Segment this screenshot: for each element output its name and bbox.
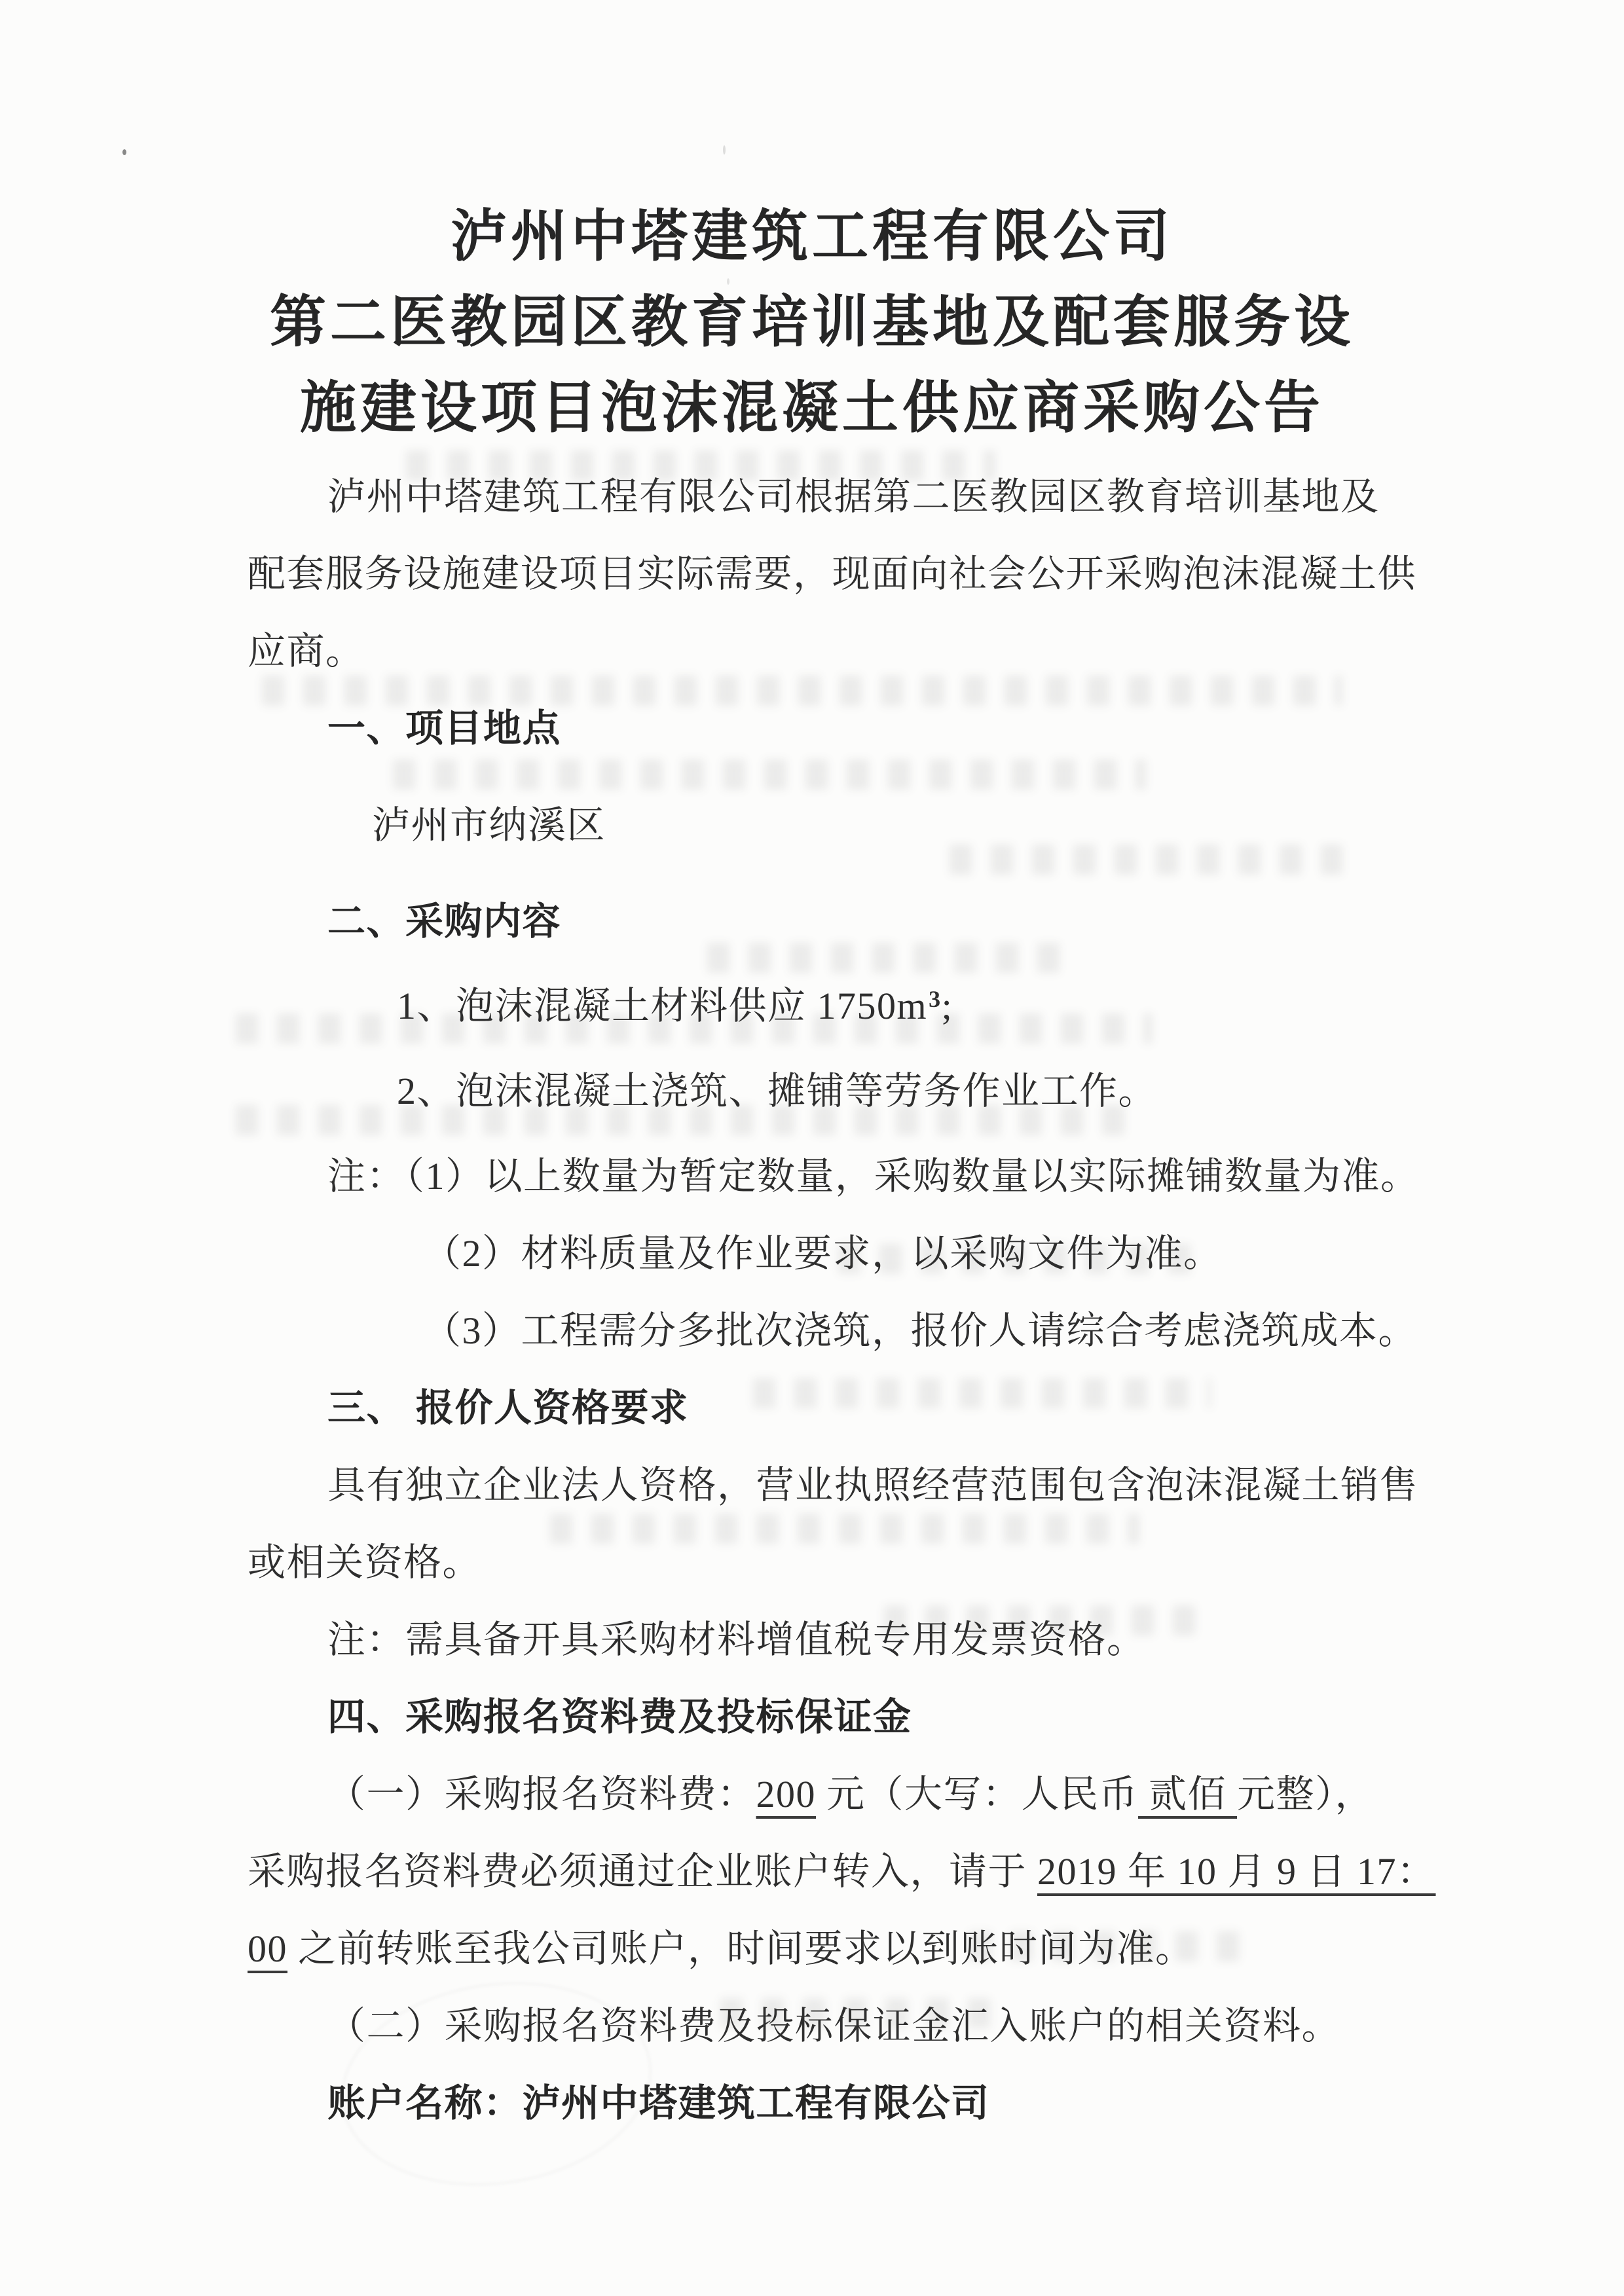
intro-line-2: 配套服务设施建设项目实际需要，现面向社会公开采购泡沫混凝土供 [248, 536, 1428, 613]
section4-sub2: （二）采购报名资料费及投标保证金汇入账户的相关资料。 [327, 1988, 1428, 2065]
procurement-item-1: 1、泡沫混凝土材料供应 1750m3; [397, 960, 1428, 1045]
fee-amount-underlined: 200 [756, 1773, 817, 1815]
section2-note-1: 注：（1）以上数量为暂定数量，采购数量以实际摊铺数量为准。 [327, 1138, 1428, 1215]
title-line-1: 泸州中塔建筑工程有限公司 [0, 194, 1624, 280]
section3-note: 注：需具备开具采购材料增值税专用发票资格。 [327, 1601, 1428, 1679]
deadline-minutes-underlined: 00 [248, 1927, 287, 1970]
scan-speck [723, 145, 726, 155]
intro-line-3: 应商。 [248, 613, 1428, 690]
deadline-line: 00 之前转账至我公司账户，时间要求以到账时间为准。 [248, 1910, 1428, 1988]
section2-note-3: （3）工程需分多批次浇筑，报价人请综合考虑浇筑成本。 [423, 1292, 1428, 1370]
section3-heading: 三、 报价人资格要求 [327, 1370, 1428, 1447]
fee-text-1: （一）采购报名资料费： [327, 1773, 756, 1815]
item1-superscript: 3 [929, 986, 941, 1012]
project-location: 泸州市纳溪区 [372, 787, 1428, 864]
account-name: 账户名称：泸州中塔建筑工程有限公司 [327, 2065, 1428, 2142]
deadline-text: 之前转账至我公司账户，时间要求以到账时间为准。 [287, 1927, 1194, 1970]
scan-speck [122, 149, 126, 155]
item1-text: 1、泡沫混凝土材料供应 1750m [397, 985, 927, 1027]
section2-heading: 二、采购内容 [327, 883, 1428, 960]
title-line-2: 第二医教园区教育培训基地及配套服务设 [0, 280, 1624, 365]
deadline-date-underlined: 2019 年 10 月 9 日 17： [1037, 1850, 1436, 1893]
intro-line-1: 泸州中塔建筑工程有限公司根据第二医教园区教育培训基地及 [327, 458, 1428, 536]
transfer-text: 采购报名资料费必须通过企业账户转入，请于 [248, 1850, 1037, 1893]
fee-text-2: 元（大写：人民币 [816, 1773, 1138, 1815]
fee-text-3: 元整）， [1237, 1773, 1374, 1815]
qualification-line-2: 或相关资格。 [248, 1524, 1428, 1601]
title-line-3: 施建设项目泡沫混凝土供应商采购公告 [0, 365, 1624, 451]
fee-amount-words-underlined: 贰佰 [1138, 1773, 1237, 1815]
document-title: 泸州中塔建筑工程有限公司 第二医教园区教育培训基地及配套服务设 施建设项目泡沫混… [0, 194, 1624, 451]
transfer-line: 采购报名资料费必须通过企业账户转入，请于 2019 年 10 月 9 日 17： [248, 1833, 1428, 1910]
qualification-line-1: 具有独立企业法人资格，营业执照经营范围包含泡沫混凝土销售 [327, 1447, 1428, 1524]
procurement-item-2: 2、泡沫混凝土浇筑、摊铺等劳务作业工作。 [397, 1053, 1428, 1130]
section1-heading: 一、项目地点 [327, 690, 1428, 767]
section4-heading: 四、采购报名资料费及投标保证金 [327, 1679, 1428, 1756]
scanned-document-page: 泸州中塔建筑工程有限公司 第二医教园区教育培训基地及配套服务设 施建设项目泡沫混… [0, 0, 1624, 2296]
section2-note-2: （2）材料质量及作业要求，以采购文件为准。 [423, 1215, 1428, 1292]
document-body: 泸州中塔建筑工程有限公司根据第二医教园区教育培训基地及 配套服务设施建设项目实际… [248, 458, 1428, 2142]
item1-terminator: ; [942, 985, 953, 1027]
fee-line: （一）采购报名资料费：200 元（大写：人民币 贰佰 元整）， [327, 1756, 1428, 1833]
